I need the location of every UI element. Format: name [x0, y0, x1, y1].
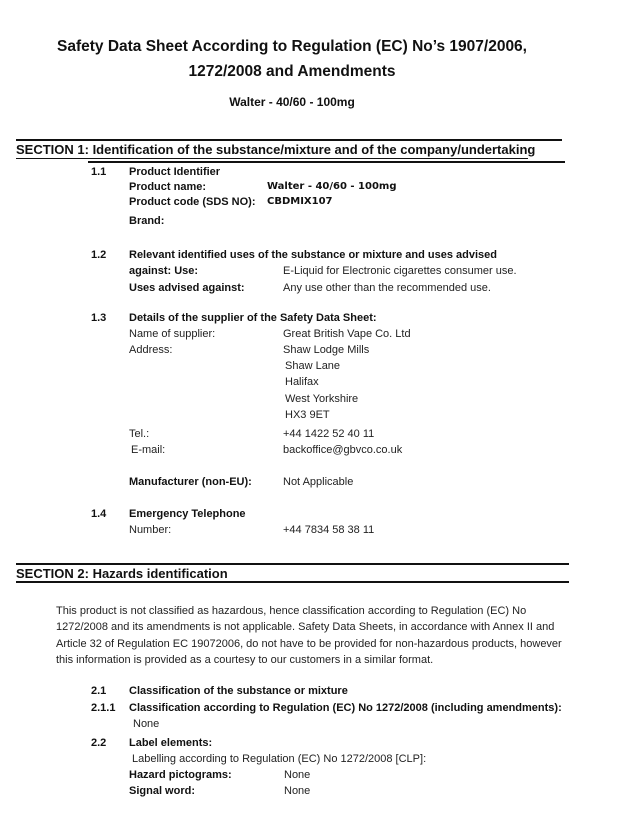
- manufacturer-value: Not Applicable: [283, 476, 353, 488]
- subsection-number: 2.2: [91, 737, 106, 749]
- supplier-value: Great British Vape Co. Ltd: [283, 328, 411, 340]
- section1-heading: SECTION 1: Identification of the substan…: [16, 142, 535, 157]
- subsection-title: Emergency Telephone: [129, 508, 246, 520]
- hazard-pictograms-value: None: [284, 769, 310, 781]
- address-line: HX3 9ET: [285, 409, 330, 421]
- subsection-title: Classification of the substance or mixtu…: [129, 685, 348, 697]
- labelling-text: Labelling according to Regulation (EC) N…: [132, 753, 426, 765]
- subsection-number: 1.2: [91, 249, 106, 261]
- subsection-title: Classification according to Regulation (…: [129, 702, 562, 714]
- paragraph-line: 1272/2008 and its amendments is not appl…: [56, 619, 556, 635]
- product-name-label: Product name:: [129, 181, 206, 193]
- advised-against-value: Any use other than the recommended use.: [283, 282, 491, 294]
- address-line: West Yorkshire: [285, 393, 358, 405]
- advised-against-label: Uses advised against:: [129, 282, 245, 294]
- brand-label: Brand:: [129, 215, 164, 227]
- section2-top-rule: [16, 563, 569, 565]
- subsection-number: 1.4: [91, 508, 106, 520]
- product-subtitle: Walter - 40/60 - 100mg: [0, 95, 584, 109]
- product-name-value: Walter - 40/60 - 100mg: [267, 181, 397, 192]
- use-value: E-Liquid for Electronic cigarettes consu…: [283, 265, 517, 277]
- tel-label: Tel.:: [129, 428, 149, 440]
- product-code-value: CBDMIX107: [267, 196, 333, 207]
- section1-top-rule: [16, 139, 562, 141]
- section1-bottom-rule: [88, 161, 565, 163]
- subsection-title: Product Identifier: [129, 166, 220, 178]
- subsection-number: 2.1.1: [91, 702, 115, 714]
- hazard-intro-paragraph: This product is not classified as hazard…: [56, 603, 556, 668]
- subsection-number: 1.1: [91, 166, 106, 178]
- subsection-title: Label elements:: [129, 737, 212, 749]
- signal-word-value: None: [284, 785, 310, 797]
- classification-value: None: [133, 718, 159, 730]
- supplier-label: Name of supplier:: [129, 328, 215, 340]
- subsection-title: Details of the supplier of the Safety Da…: [129, 312, 377, 324]
- subsection-number: 2.1: [91, 685, 106, 697]
- section2-bottom-rule: [16, 581, 569, 583]
- address-label: Address:: [129, 344, 172, 356]
- address-line: Shaw Lodge Mills: [283, 344, 369, 356]
- section1-heading-underline: [16, 158, 528, 160]
- subsection-title: Relevant identified uses of the substanc…: [129, 249, 497, 261]
- product-code-label: Product code (SDS NO):: [129, 196, 256, 208]
- document-title-line2: 1272/2008 and Amendments: [0, 63, 584, 81]
- emergency-number-label: Number:: [129, 524, 171, 536]
- paragraph-line: Article 32 of Regulation EC 19072006, do…: [56, 636, 556, 652]
- signal-word-label: Signal word:: [129, 785, 195, 797]
- paragraph-line: This product is not classified as hazard…: [56, 603, 556, 619]
- use-label: against: Use:: [129, 265, 198, 277]
- manufacturer-label: Manufacturer (non-EU):: [129, 476, 252, 488]
- address-line: Halifax: [285, 376, 319, 388]
- address-line: Shaw Lane: [285, 360, 340, 372]
- email-value[interactable]: backoffice@gbvco.co.uk: [283, 444, 402, 456]
- email-label: E-mail:: [131, 444, 165, 456]
- paragraph-line: this information is provided as a courte…: [56, 652, 556, 668]
- subsection-number: 1.3: [91, 312, 106, 324]
- section2-heading: SECTION 2: Hazards identification: [16, 566, 228, 581]
- emergency-number-value: +44 7834 58 38 11: [283, 524, 374, 536]
- document-title-line1: Safety Data Sheet According to Regulatio…: [0, 38, 584, 56]
- hazard-pictograms-label: Hazard pictograms:: [129, 769, 232, 781]
- tel-value: +44 1422 52 40 11: [283, 428, 374, 440]
